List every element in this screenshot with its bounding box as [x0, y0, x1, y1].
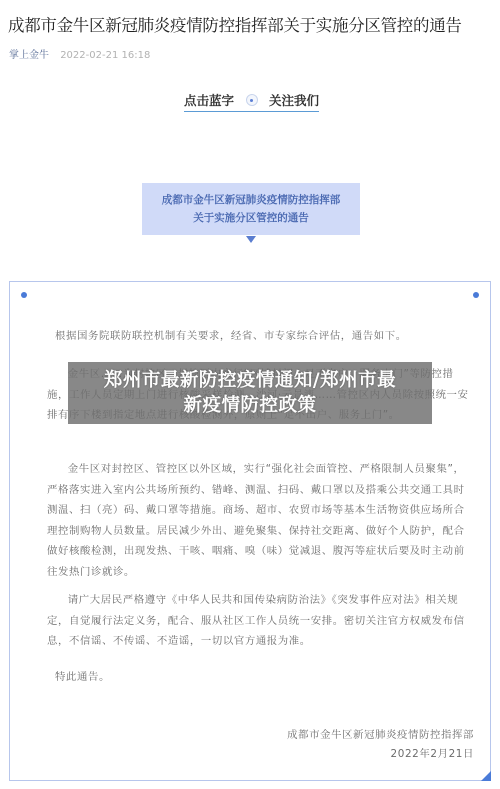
down-triangle-icon: [246, 236, 256, 243]
follow-banner[interactable]: 点击蓝字 关注我们: [184, 89, 319, 112]
follow-banner-right: 关注我们: [269, 91, 319, 109]
callout-line-1: 成都市金牛区新冠肺炎疫情防控指挥部: [142, 191, 360, 209]
callout-line-2: 关于实施分区管控的通告: [142, 209, 360, 227]
notice-paragraph-2: 金牛区对封控区、管控区以外区域，实行“强化社会面管控、严格限制人员聚集”，严格落…: [47, 459, 473, 582]
notice-title-callout: 成都市金牛区新冠肺炎疫情防控指挥部 关于实施分区管控的通告: [142, 183, 360, 235]
follow-banner-left: 点击蓝字: [184, 91, 234, 109]
corner-fold-icon: [481, 771, 491, 781]
target-dot-icon: [246, 94, 258, 106]
corner-dot-icon: [473, 292, 479, 298]
notice-paragraph-3: 请广大居民严格遵守《中华人民共和国传染病防治法》《突发事件应对法》相关规定，自觉…: [47, 590, 473, 652]
overlay-line-1: 郑州市最新防控疫情通知/郑州市最: [68, 368, 432, 393]
article-meta: 掌上金牛 2022-02-21 16:18: [9, 46, 150, 61]
notice-closing: 特此通告。: [55, 667, 481, 688]
overlay-line-2: 新疫情防控政策: [68, 393, 432, 418]
article-publish-time: 2022-02-21 16:18: [60, 50, 150, 61]
headline-overlay: 郑州市最新防控疫情通知/郑州市最 新疫情防控政策: [68, 362, 432, 424]
article-title: 成都市金牛区新冠肺炎疫情防控指挥部关于实施分区管控的通告: [8, 12, 498, 36]
corner-dot-icon: [21, 292, 27, 298]
notice-intro: 根据国务院联防联控机制有关要求，经省、市专家综合评估，通告如下。: [55, 326, 481, 347]
article-source-link[interactable]: 掌上金牛: [9, 50, 49, 61]
signature-org: 成都市金牛区新冠肺炎疫情防控指挥部: [287, 726, 474, 741]
signature-date: 2022年2月21日: [391, 745, 474, 760]
